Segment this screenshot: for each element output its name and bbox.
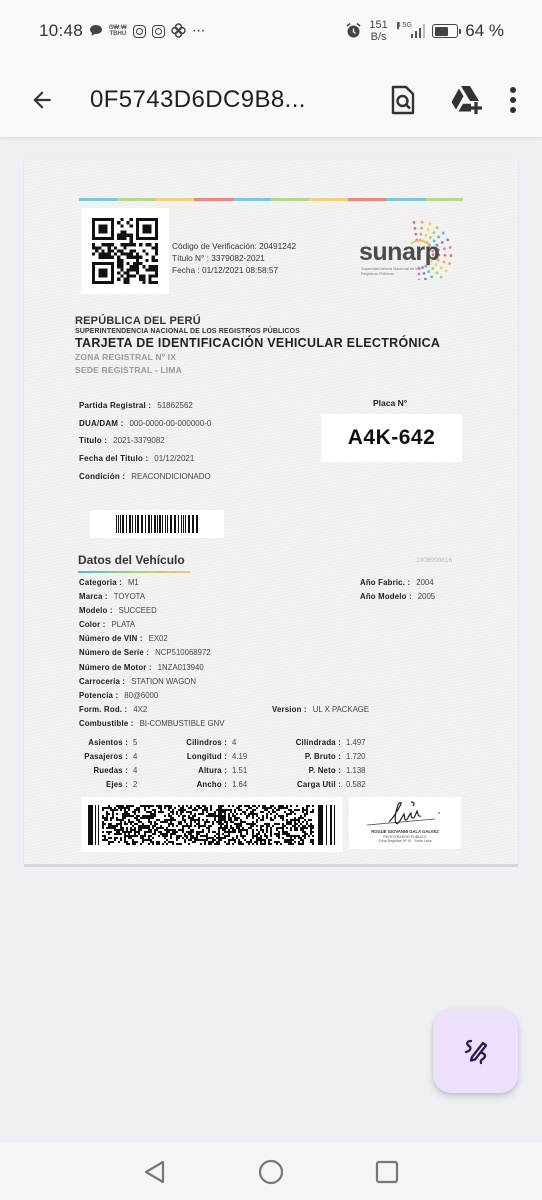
vehicle-field: Año Fabric. :2004 <box>360 576 435 590</box>
signal-strength-icon: 4.5G <box>411 24 426 38</box>
registrar-signature: ROGUE GIOVANNI GALA GALVEZ REGISTRADOR P… <box>349 797 461 849</box>
registry-fields: Partida Registral :51862562 DUA/DAM :000… <box>79 397 211 486</box>
vehicle-field: Modelo :SUCCEED <box>79 604 225 618</box>
vehicle-field: Número de Motor :1NZA013940 <box>79 661 225 675</box>
document-header: REPÚBLICA DEL PERÚ SUPERINTENDENCIA NACI… <box>75 315 440 375</box>
network-logo-icon: ẞ₩:₩TBHU <box>109 25 127 37</box>
registry-field: Titulo :2021-3379082 <box>79 432 211 450</box>
spec-field: P. Bruto :1.720 <box>257 750 377 764</box>
app-bar: 0F5743D6DC9B8... <box>0 62 542 138</box>
pdf417-icon <box>88 805 336 845</box>
chat-bubble-icon <box>89 24 103 39</box>
document-page[interactable]: Código de Verificación: 20491242 Título … <box>24 160 518 864</box>
verification-fecha: Fecha : 01/12/2021 08:58:57 <box>172 264 296 276</box>
save-to-drive-button[interactable] <box>444 77 490 123</box>
recents-square-icon <box>375 1160 399 1184</box>
spec-field: Carga Util :0.582 <box>257 778 377 792</box>
qr-code-icon <box>92 218 158 284</box>
spec-field: Altura :1.51 <box>163 764 257 778</box>
section-title-datos: Datos del Vehículo <box>78 553 185 567</box>
annotate-fab[interactable] <box>433 1009 518 1093</box>
document-search-icon <box>390 85 416 115</box>
registry-field: DUA/DAM :000-0000-00-000000-0 <box>79 415 211 433</box>
more-vert-icon <box>509 86 517 114</box>
battery-icon <box>432 24 458 38</box>
header-superintendencia: SUPERINTENDENCIA NACIONAL DE LOS REGISTR… <box>75 328 440 335</box>
spec-field: Cilindrada :1.497 <box>257 736 377 750</box>
network-speed: 151 B/s <box>369 19 387 43</box>
battery-level <box>435 27 448 36</box>
nav-home-button[interactable] <box>241 1147 301 1197</box>
registry-field: Condición :REACONDICIONADO <box>79 468 211 486</box>
placa-value: A4K-642 <box>321 414 462 462</box>
verification-code: Código de Verificación: 20491242 <box>172 240 296 252</box>
more-notifications-icon: ··· <box>192 23 205 39</box>
vehicle-field: Categoria :M1 <box>79 576 225 590</box>
navigation-bar <box>0 1143 542 1200</box>
placa-label: Placa N° <box>373 398 407 408</box>
logo-wordmark: sunarp <box>359 238 439 267</box>
nav-back-button[interactable] <box>125 1147 185 1197</box>
status-time: 10:48 <box>39 21 83 41</box>
document-title: 0F5743D6DC9B8... <box>90 86 306 114</box>
vehicle-field: Form. Rod. :4X2 <box>79 703 225 717</box>
vehicle-field: Marca :TOYOTA <box>79 590 225 604</box>
vehicle-specs: Asientos :5Cilindros :4Cilindrada :1.497… <box>78 736 468 792</box>
spec-field: Pasajeros :4 <box>78 750 163 764</box>
spec-field: P. Neto :1.138 <box>257 764 377 778</box>
status-bar: 10:48 ẞ₩:₩TBHU ··· 151 B/s 4.5G 64 % <box>0 0 542 62</box>
vehicle-version: Version :UL X PACKAGE <box>272 703 369 717</box>
drive-add-icon <box>450 85 484 115</box>
vehicle-field: Carroceria :STATION WAGON <box>79 675 225 689</box>
registry-field: Fecha del Titulo :01/12/2021 <box>79 450 211 468</box>
header-sede: SEDE REGISTRAL - LIMA <box>75 365 440 375</box>
barcode <box>90 510 224 538</box>
header-republica: REPÚBLICA DEL PERÚ <box>75 315 440 327</box>
qr-code <box>81 208 169 294</box>
back-button[interactable] <box>22 80 62 120</box>
vehicle-field: Color :PLATA <box>79 618 225 632</box>
signature-icon <box>349 797 461 831</box>
home-circle-icon <box>258 1159 284 1185</box>
section-underline <box>78 571 190 573</box>
logo-subtitle: Superintendencia Nacional de los Registr… <box>361 266 421 276</box>
document-number: 1008998816 <box>416 557 452 564</box>
vehicle-field: Combustible :BI-COMBUSTIBLE GNV <box>79 717 225 731</box>
verification-info: Código de Verificación: 20491242 Título … <box>172 240 296 276</box>
spec-field: Ruedas :4 <box>78 764 163 778</box>
signature-role: REGISTRADOR PUBLICO Zona Registral Nº IX… <box>349 835 461 843</box>
back-triangle-icon <box>143 1159 167 1185</box>
pinwheel-icon <box>171 23 186 40</box>
header-tarjeta: TARJETA DE IDENTIFICACIÓN VEHICULAR ELEC… <box>75 336 440 350</box>
spec-field: Ejes :2 <box>78 778 163 792</box>
vehicle-field: Potencia :80@6000 <box>79 689 225 703</box>
sunarp-logo: sunarp Superintendencia Nacional de los … <box>359 220 469 280</box>
nav-recents-button[interactable] <box>357 1147 417 1197</box>
vehicle-field: Número de Serie :NCP510068972 <box>79 646 225 660</box>
arrow-back-icon <box>29 87 55 113</box>
registry-field: Partida Registral :51862562 <box>79 397 211 415</box>
spec-field: Asientos :5 <box>78 736 163 750</box>
vehicle-fields-right: Año Fabric. :2004Año Modelo :2005 <box>360 576 435 604</box>
color-stripe <box>79 198 463 201</box>
vehicle-fields-left: Categoria :M1Marca :TOYOTAModelo :SUCCEE… <box>79 576 225 731</box>
instagram-icon <box>152 25 165 38</box>
vehicle-field: Número de VIN :EX02 <box>79 632 225 646</box>
verification-titulo: Título N° : 3379082-2021 <box>172 252 296 264</box>
alarm-icon <box>345 22 362 41</box>
edit-annotate-icon <box>461 1036 491 1066</box>
more-options-button[interactable] <box>498 77 528 123</box>
barcode-icon <box>116 515 198 533</box>
pdf417-barcode <box>81 797 343 852</box>
spec-field: Cilindros :4 <box>163 736 257 750</box>
search-document-button[interactable] <box>380 77 426 123</box>
battery-percent: 64 % <box>465 21 504 41</box>
spec-field: Ancho :1.64 <box>163 778 257 792</box>
vehicle-field: Año Modelo :2005 <box>360 590 435 604</box>
signature-name: ROGUE GIOVANNI GALA GALVEZ <box>349 830 461 835</box>
instagram-icon <box>133 25 146 38</box>
spec-field: Longitud :4.19 <box>163 750 257 764</box>
header-zona: ZONA REGISTRAL Nº IX <box>75 352 440 362</box>
page-divider <box>24 864 518 867</box>
